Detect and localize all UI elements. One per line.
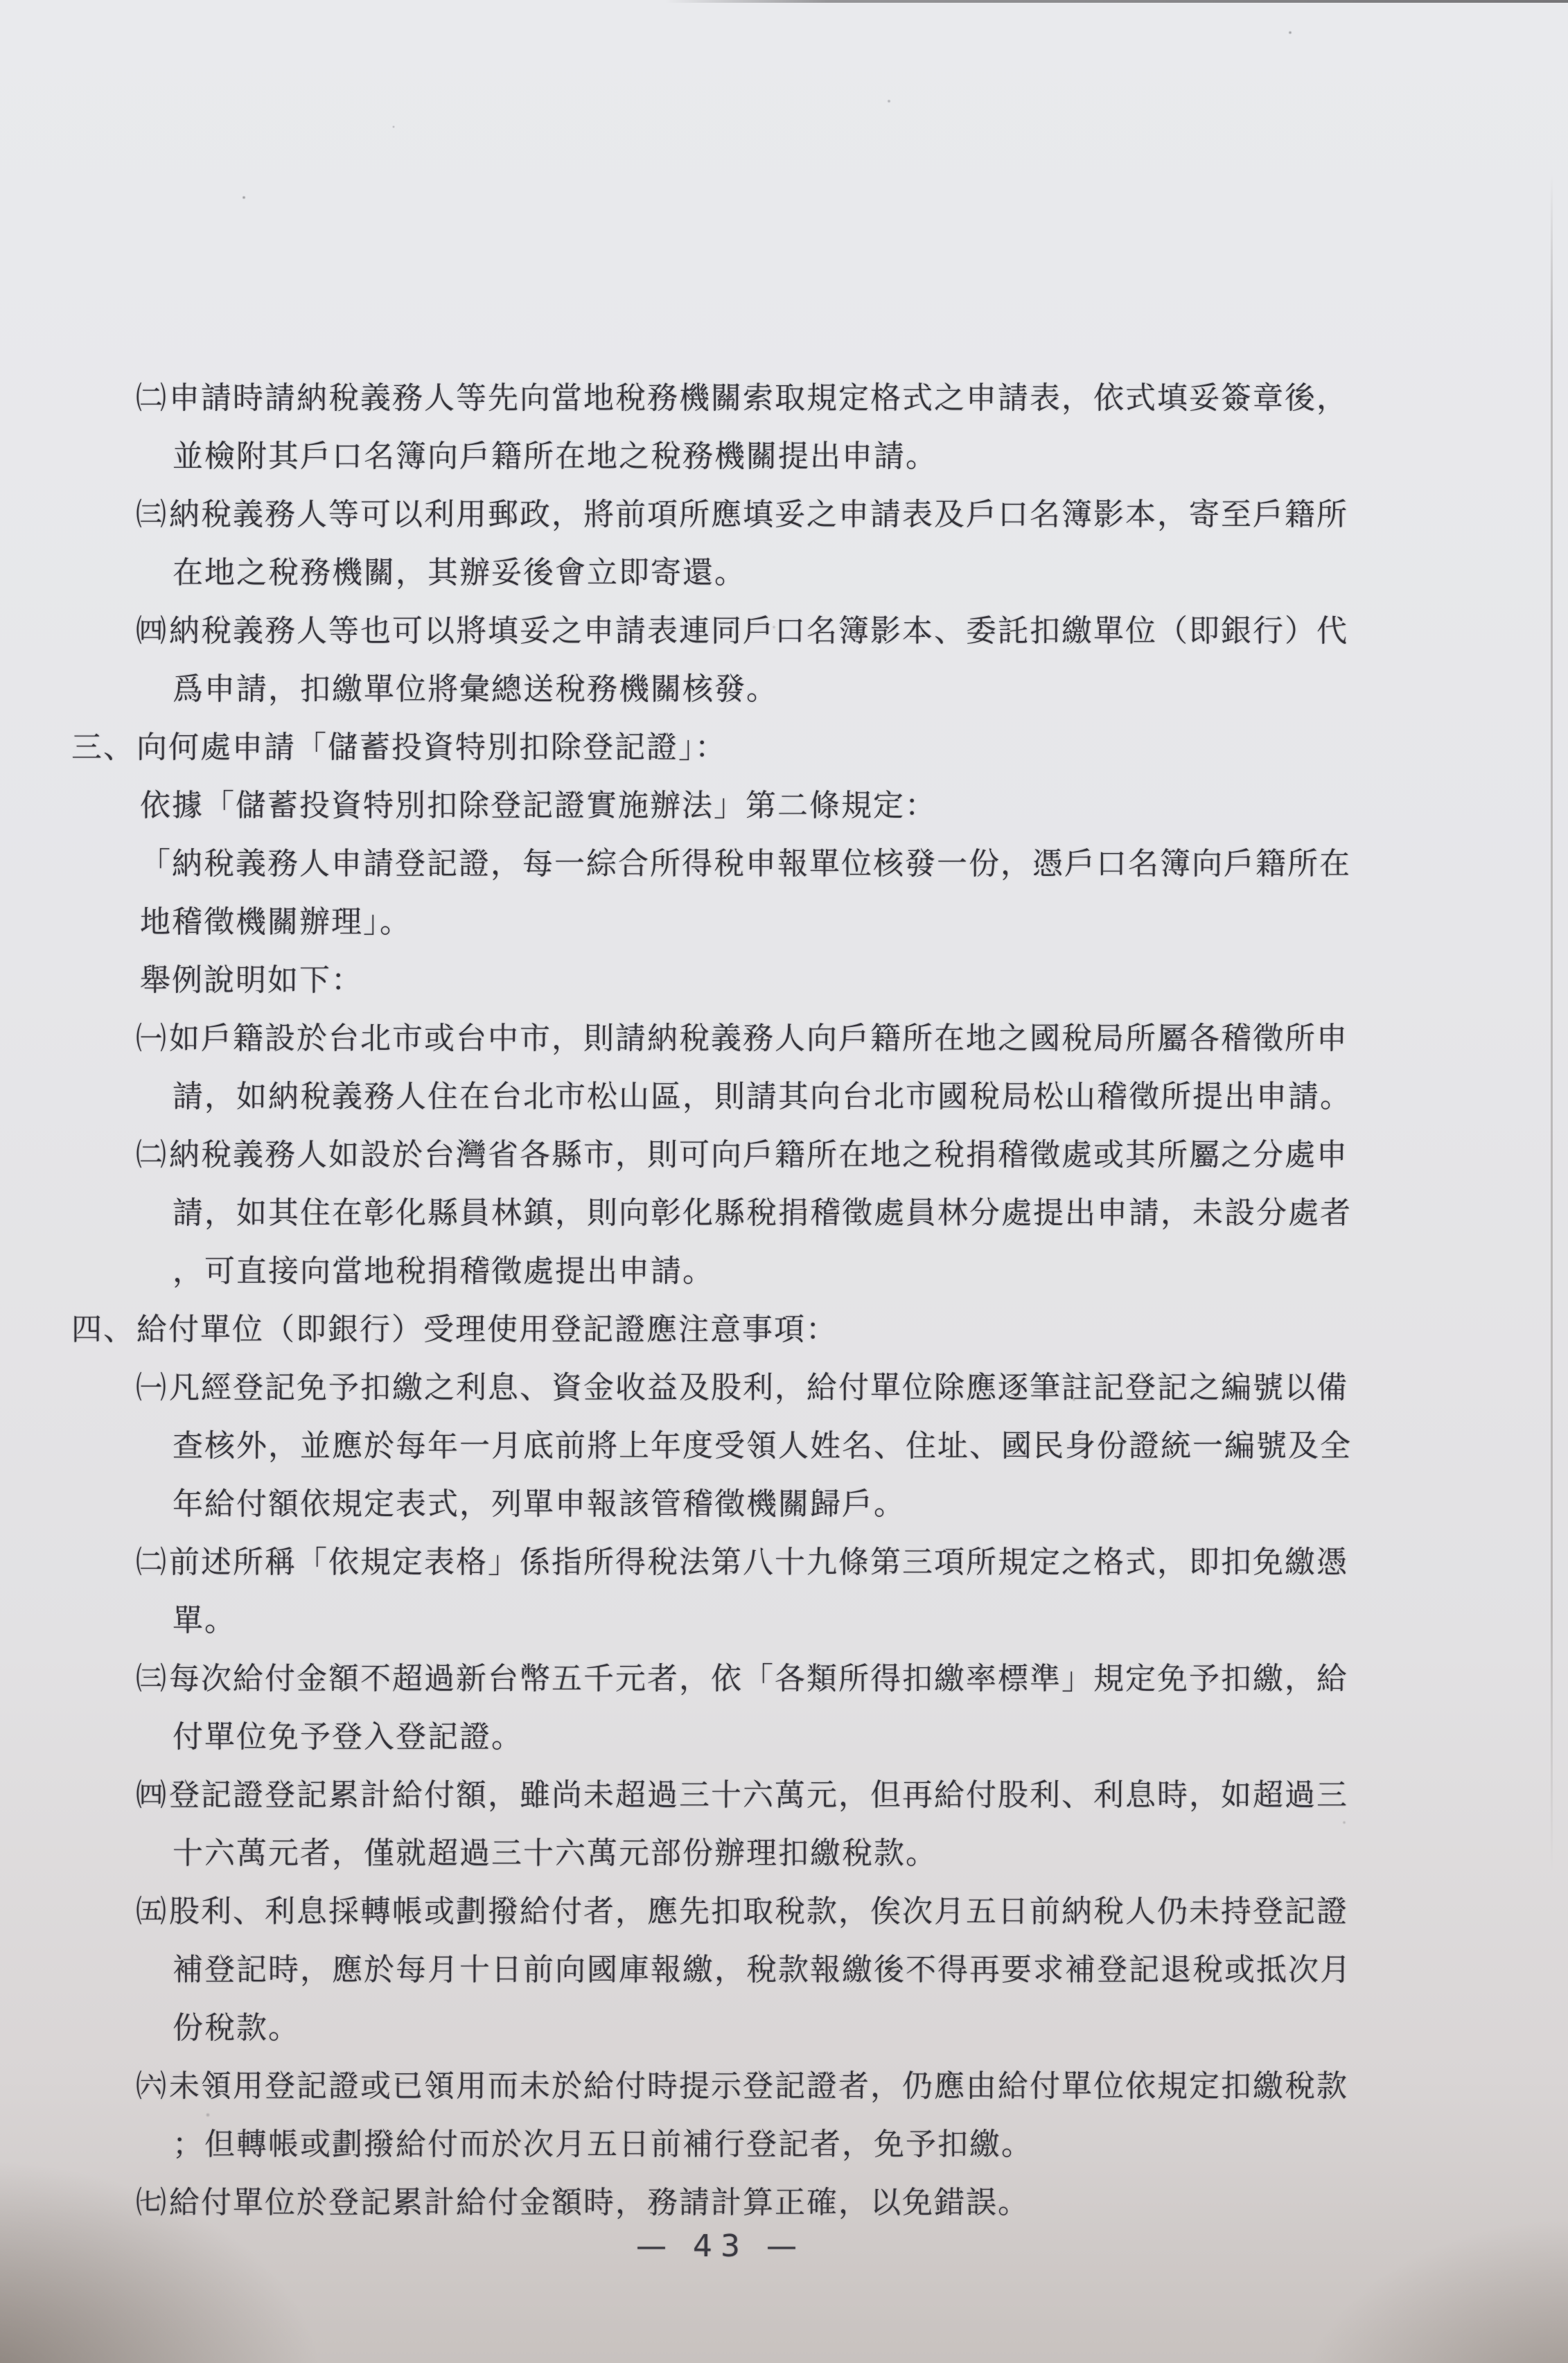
text-line: ；但轉帳或劃撥給付而於次月五日前補行登記者，免予扣繳。: [0, 2116, 1568, 2174]
line-text: 納稅義務人如設於台灣省各縣市，則可向戶籍所在地之稅捐稽徵處或其所屬之分處申: [169, 1137, 1348, 1172]
line-text: 股利、利息採轉帳或劃撥給付者，應先扣取稅款，俟次月五日前納稅人仍未持登記證: [169, 1894, 1348, 1929]
text-line: ㈢納稅義務人等可以利用郵政，將前項所應填妥之申請表及戶口名簿影本，寄至戶籍所: [0, 486, 1568, 544]
text-line: 舉例說明如下：: [0, 951, 1568, 1010]
line-text: 向何處申請「儲蓄投資特別扣除登記證」：: [136, 730, 727, 765]
line-text: 請，如其住在彰化縣員林鎮，則向彰化縣稅捐稽徵處員林分處提出申請，未設分處者: [173, 1195, 1352, 1231]
line-text: 請，如納稅義務人住在台北市松山區，則請其向台北市國稅局松山稽徵所提出申請。: [173, 1079, 1352, 1114]
item-marker: ㈡: [136, 1137, 168, 1172]
text-line: 單。: [0, 1592, 1568, 1650]
text-line: ㈤股利、利息採轉帳或劃撥給付者，應先扣取稅款，俟次月五日前納稅人仍未持登記證: [0, 1883, 1568, 1941]
text-line: 請，如其住在彰化縣員林鎮，則向彰化縣稅捐稽徵處員林分處提出申請，未設分處者: [0, 1184, 1568, 1242]
text-line: 「納稅義務人申請登記證，每一綜合所得稅申報單位核發一份，憑戶口名簿向戶籍所在: [0, 835, 1568, 893]
item-marker: ㈢: [136, 497, 168, 532]
line-text: 申請時請納稅義務人等先向當地稅務機關索取規定格式之申請表，依式填妥簽章後，: [169, 380, 1348, 416]
line-text: 年給付額依規定表式，列單申報該管稽徵機關歸戶。: [173, 1486, 906, 1522]
line-text: 舉例說明如下：: [140, 963, 363, 998]
text-line: 爲申請，扣繳單位將彙總送稅務機關核發。: [0, 660, 1568, 719]
item-marker: ㈡: [136, 380, 168, 416]
line-text: 每次給付金額不超過新台幣五千元者，依「各類所得扣繳率標準」規定免予扣繳，給: [169, 1661, 1348, 1696]
line-text: 單。: [173, 1603, 236, 1638]
document-page: ㈡申請時請納稅義務人等先向當地稅務機關索取規定格式之申請表，依式填妥簽章後，並檢…: [0, 0, 1568, 2363]
line-text: 給付單位（即銀行）受理使用登記證應注意事項：: [136, 1312, 838, 1347]
line-text: 納稅義務人等可以利用郵政，將前項所應填妥之申請表及戶口名簿影本，寄至戶籍所: [169, 497, 1348, 532]
text-line: 在地之稅務機關，其辦妥後會立即寄還。: [0, 544, 1568, 602]
text-line: ㈠凡經登記免予扣繳之利息、資金收益及股利，給付單位除應逐筆註記登記之編號以備: [0, 1359, 1568, 1417]
line-text: 地稽徵機關辦理」。: [140, 904, 412, 940]
line-text: 付單位免予登入登記證。: [173, 1719, 523, 1755]
line-text: 登記證登記累計給付額，雖尚未超過三十六萬元，但再給付股利、利息時，如超過三: [169, 1777, 1348, 1813]
text-line: 並檢附其戶口名簿向戶籍所在地之稅務機關提出申請。: [0, 428, 1568, 486]
section-number: 四、: [71, 1312, 135, 1347]
line-text: ；但轉帳或劃撥給付而於次月五日前補行登記者，免予扣繳。: [173, 2127, 1033, 2162]
text-line: 付單位免予登入登記證。: [0, 1708, 1568, 1766]
item-marker: ㈥: [136, 2068, 168, 2104]
text-column: ㈡申請時請納稅義務人等先向當地稅務機關索取規定格式之申請表，依式填妥簽章後，並檢…: [0, 369, 1568, 2232]
item-marker: ㈣: [136, 613, 168, 649]
text-line: 三、向何處申請「儲蓄投資特別扣除登記證」：: [0, 719, 1568, 777]
text-line: ㈡前述所稱「依規定表格」係指所得稅法第八十九條第三項所規定之格式，即扣免繳憑: [0, 1534, 1568, 1592]
item-marker: ㈦: [136, 2185, 168, 2220]
text-line: 請，如納稅義務人住在台北市松山區，則請其向台北市國稅局松山稽徵所提出申請。: [0, 1068, 1568, 1126]
text-line: 地稽徵機關辦理」。: [0, 893, 1568, 951]
item-marker: ㈢: [136, 1661, 168, 1696]
item-marker: ㈠: [136, 1021, 168, 1056]
scan-top-edge-shadow: [665, 0, 1568, 3]
text-line: 依據「儲蓄投資特別扣除登記證實施辦法」第二條規定：: [0, 777, 1568, 835]
line-text: 份稅款。: [173, 2010, 300, 2046]
text-line: 十六萬元者，僅就超過三十六萬元部份辦理扣繳稅款。: [0, 1825, 1568, 1883]
line-text: 給付單位於登記累計給付金額時，務請計算正確，以免錯誤。: [169, 2185, 1030, 2220]
line-text: 未領用登記證或已領用而未於給付時提示登記證者，仍應由給付單位依規定扣繳稅款: [169, 2068, 1348, 2104]
line-text: 納稅義務人等也可以將填妥之申請表連同戶口名簿影本、委託扣繳單位（即銀行）代: [169, 613, 1348, 649]
text-line: ，可直接向當地稅捐稽徵處提出申請。: [0, 1242, 1568, 1301]
line-text: ，可直接向當地稅捐稽徵處提出申請。: [173, 1254, 714, 1289]
item-marker: ㈠: [136, 1370, 168, 1405]
text-line: 年給付額依規定表式，列單申報該管稽徵機關歸戶。: [0, 1475, 1568, 1534]
text-line: 四、給付單位（即銀行）受理使用登記證應注意事項：: [0, 1301, 1568, 1359]
item-marker: ㈤: [136, 1894, 168, 1929]
text-line: ㈥未領用登記證或已領用而未於給付時提示登記證者，仍應由給付單位依規定扣繳稅款: [0, 2057, 1568, 2116]
item-marker: ㈣: [136, 1777, 168, 1813]
text-line: ㈡納稅義務人如設於台灣省各縣市，則可向戶籍所在地之稅捐稽徵處或其所屬之分處申: [0, 1126, 1568, 1184]
section-number: 三、: [71, 730, 135, 765]
line-text: 「納稅義務人申請登記證，每一綜合所得稅申報單位核發一份，憑戶口名簿向戶籍所在: [140, 846, 1351, 881]
text-line: ㈣登記證登記累計給付額，雖尚未超過三十六萬元，但再給付股利、利息時，如超過三: [0, 1766, 1568, 1825]
text-line: ㈠如戶籍設於台北市或台中市，則請納稅義務人向戶籍所在地之國稅局所屬各稽徵所申: [0, 1010, 1568, 1068]
text-line: ㈣納稅義務人等也可以將填妥之申請表連同戶口名簿影本、委託扣繳單位（即銀行）代: [0, 602, 1568, 660]
page-number-label: — 43 —: [0, 2226, 1441, 2267]
line-text: 前述所稱「依規定表格」係指所得稅法第八十九條第三項所規定之格式，即扣免繳憑: [169, 1545, 1348, 1580]
text-line: 補登記時，應於每月十日前向國庫報繳，稅款報繳後不得再要求補登記退稅或抵次月: [0, 1941, 1568, 1999]
text-line: 查核外，並應於每年一月底前將上年度受領人姓名、住址、國民身份證統一編號及全: [0, 1417, 1568, 1475]
line-text: 爲申請，扣繳單位將彙總送稅務機關核發。: [173, 671, 778, 707]
text-line: ㈡申請時請納稅義務人等先向當地稅務機關索取規定格式之申請表，依式填妥簽章後，: [0, 369, 1568, 428]
line-text: 如戶籍設於台北市或台中市，則請納稅義務人向戶籍所在地之國稅局所屬各稽徵所申: [169, 1021, 1348, 1056]
line-text: 補登記時，應於每月十日前向國庫報繳，稅款報繳後不得再要求補登記退稅或抵次月: [173, 1952, 1352, 1987]
line-text: 查核外，並應於每年一月底前將上年度受領人姓名、住址、國民身份證統一編號及全: [173, 1428, 1352, 1464]
line-text: 依據「儲蓄投資特別扣除登記證實施辦法」第二條規定：: [140, 788, 937, 823]
text-line: ㈢每次給付金額不超過新台幣五千元者，依「各類所得扣繳率標準」規定免予扣繳，給: [0, 1650, 1568, 1708]
item-marker: ㈡: [136, 1545, 168, 1580]
line-text: 凡經登記免予扣繳之利息、資金收益及股利，給付單位除應逐筆註記登記之編號以備: [169, 1370, 1348, 1405]
text-line: 份稅款。: [0, 1999, 1568, 2057]
line-text: 十六萬元者，僅就超過三十六萬元部份辦理扣繳稅款。: [173, 1836, 937, 1871]
line-text: 在地之稅務機關，其辦妥後會立即寄還。: [173, 555, 746, 590]
text-line: ㈦給付單位於登記累計給付金額時，務請計算正確，以免錯誤。: [0, 2174, 1568, 2232]
line-text: 並檢附其戶口名簿向戶籍所在地之稅務機關提出申請。: [173, 439, 937, 474]
